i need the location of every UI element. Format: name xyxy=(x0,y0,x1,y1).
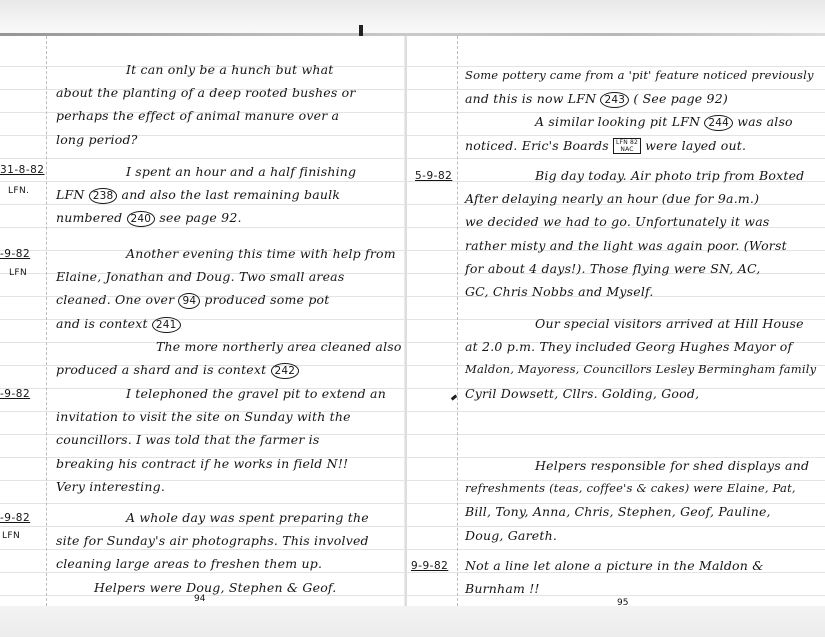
site-code-note: LFN xyxy=(2,531,20,541)
entry-baulk: I spent an hour and a half finishing LFN… xyxy=(56,160,356,230)
entry-line: Maldon, Mayoress, Councillors Lesley Ber… xyxy=(465,358,816,381)
entry-line: and is context 241 xyxy=(56,312,402,335)
entry-line: invitation to visit the site on Sunday w… xyxy=(56,405,386,428)
site-code-note: LFN xyxy=(9,268,27,278)
text-fragment: A similar looking pit LFN xyxy=(535,114,700,129)
notebook-bottom-edge xyxy=(0,606,825,637)
entry-line: Cyril Dowsett, Cllrs. Golding, Good, xyxy=(465,382,816,405)
entry-line: A similar looking pit LFN 244 was also xyxy=(465,110,814,133)
entry-line: Helpers were Doug, Stephen & Geof. xyxy=(56,576,369,599)
text-fragment: produced a shard and is context xyxy=(56,362,266,377)
text-fragment: and also the last remaining baulk xyxy=(122,187,341,202)
text-fragment: noticed. Eric's Boards xyxy=(465,138,609,153)
entry-line: Another evening this time with help from xyxy=(56,242,402,265)
margin-line xyxy=(457,36,459,606)
text-fragment: cleaned. One over xyxy=(56,292,174,307)
right-page: Some pottery came from a 'pit' feature n… xyxy=(407,36,825,606)
entry-line: The more northerly area cleaned also xyxy=(56,335,402,358)
entry-line: After delaying nearly an hour (due for 9… xyxy=(465,187,804,210)
context-number: 242 xyxy=(271,363,300,379)
board-label-top: LFN 82 xyxy=(616,139,638,146)
entry-preparation: A whole day was spent preparing the site… xyxy=(56,506,369,599)
notebook-top-edge xyxy=(0,0,825,36)
context-number: 243 xyxy=(600,92,629,108)
entry-line: Burnham !! xyxy=(465,577,764,600)
entry-line: and this is now LFN 243 ( See page 92) xyxy=(465,87,814,110)
entry-line: cleaning large areas to freshen them up. xyxy=(56,552,369,575)
entry-line: rather misty and the light was again poo… xyxy=(465,234,804,257)
text-fragment: and this is now LFN xyxy=(465,91,596,106)
context-number: 244 xyxy=(704,115,733,131)
entry-line: at 2.0 p.m. They included Georg Hughes M… xyxy=(465,335,816,358)
entry-line: GC, Chris Nobbs and Myself. xyxy=(465,280,804,303)
text-fragment: was also xyxy=(737,114,793,129)
board-label-bottom: NAC xyxy=(620,146,633,153)
entry-date: 9-9-82 xyxy=(411,560,448,572)
entry-line: I telephoned the gravel pit to extend an xyxy=(56,382,386,405)
entry-line: Not a line let alone a picture in the Ma… xyxy=(465,554,764,577)
entry-line: cleaned. One over 94 produced some pot xyxy=(56,288,402,311)
text-fragment: produced some pot xyxy=(204,292,329,307)
entry-line: councillors. I was told that the farmer … xyxy=(56,428,386,451)
entry-line: Our special visitors arrived at Hill Hou… xyxy=(465,312,816,335)
entry-date: -9-82 xyxy=(0,512,30,524)
entry-line: numbered 240 see page 92. xyxy=(56,206,356,229)
context-number: 238 xyxy=(89,188,118,204)
entry-line: site for Sunday's air photographs. This … xyxy=(56,529,369,552)
entry-line: perhaps the effect of animal manure over… xyxy=(56,104,356,127)
entry-helpers: Helpers responsible for shed displays an… xyxy=(465,454,809,547)
site-code: LFN xyxy=(56,187,85,202)
entry-line: Big day today. Air photo trip from Boxte… xyxy=(465,164,804,187)
entry-date: -9-82 xyxy=(0,248,30,260)
entry-line: Some pottery came from a 'pit' feature n… xyxy=(465,64,814,87)
context-number: 240 xyxy=(127,211,156,227)
site-code-note: LFN. xyxy=(8,186,29,196)
text-fragment: were layed out. xyxy=(645,138,746,153)
entry-line: produced a shard and is context 242 xyxy=(56,358,402,381)
board-label: LFN 82 NAC xyxy=(613,138,641,154)
context-number: 94 xyxy=(178,293,200,309)
entry-visitors: Our special visitors arrived at Hill Hou… xyxy=(465,312,816,405)
entry-no-coverage: Not a line let alone a picture in the Ma… xyxy=(465,554,764,600)
entry-date: 31-8-82 xyxy=(0,164,44,176)
entry-line: for about 4 days!). Those flying were SN… xyxy=(465,257,804,280)
entry-evening: Another evening this time with help from… xyxy=(56,242,402,381)
text-fragment: see page 92. xyxy=(159,210,241,225)
left-page: It can only be a hunch but what about th… xyxy=(0,36,405,606)
text-fragment: and is context xyxy=(56,316,148,331)
entry-line: A whole day was spent preparing the xyxy=(56,506,369,529)
entry-line: Elaine, Jonathan and Doug. Two small are… xyxy=(56,265,402,288)
entry-line: It can only be a hunch but what xyxy=(56,58,356,81)
entry-hunch: It can only be a hunch but what about th… xyxy=(56,58,356,151)
entry-line: refreshments (teas, coffee's & cakes) we… xyxy=(465,477,809,500)
text-fragment: ( See page 92) xyxy=(633,91,728,106)
text-fragment: numbered xyxy=(56,210,122,225)
entry-line: LFN 238 and also the last remaining baul… xyxy=(56,183,356,206)
context-number: 241 xyxy=(152,317,181,333)
entry-telephone: I telephoned the gravel pit to extend an… xyxy=(56,382,386,498)
entry-line: I spent an hour and a half finishing xyxy=(56,160,356,183)
entry-line: noticed. Eric's Boards LFN 82 NAC were l… xyxy=(465,134,814,157)
entry-line: breaking his contract if he works in fie… xyxy=(56,452,386,475)
entry-date: 5-9-82 xyxy=(415,170,452,182)
entry-date: -9-82 xyxy=(0,388,30,400)
entry-line: Doug, Gareth. xyxy=(465,524,809,547)
margin-line xyxy=(46,36,48,606)
entry-line: Very interesting. xyxy=(56,475,386,498)
entry-air-photo: Big day today. Air photo trip from Boxte… xyxy=(465,164,804,303)
entry-line: Helpers responsible for shed displays an… xyxy=(465,454,809,477)
entry-line: Bill, Tony, Anna, Chris, Stephen, Geof, … xyxy=(465,500,809,523)
page-number: 94 xyxy=(194,594,205,604)
entry-line: about the planting of a deep rooted bush… xyxy=(56,81,356,104)
entry-pottery: Some pottery came from a 'pit' feature n… xyxy=(465,64,814,157)
entry-line: we decided we had to go. Unfortunately i… xyxy=(465,210,804,233)
entry-line: long period? xyxy=(56,128,356,151)
